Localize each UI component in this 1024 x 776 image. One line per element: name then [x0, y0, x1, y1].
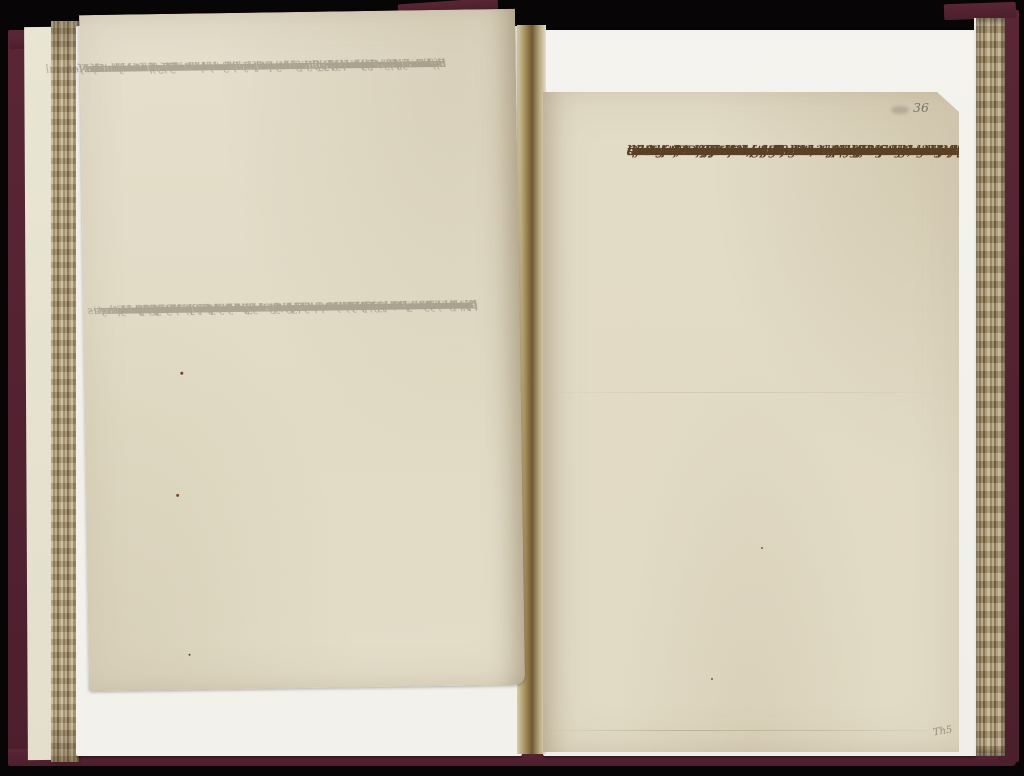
foxing-spot	[180, 372, 183, 375]
fore-edge-page-stack	[974, 18, 1005, 756]
manuscript-line: and most beneficent Author of them.	[627, 142, 880, 162]
spine-page-edges	[51, 21, 79, 762]
manuscript-photo: To have will more Considerations about t…	[0, 0, 1024, 776]
page-number: 36	[913, 100, 929, 115]
left-manuscript-page: To have will more Considerations about t…	[79, 9, 525, 691]
right-manuscript-page: 36 The Particulars that make up the foll…	[543, 92, 959, 752]
corner-mark: Th5	[932, 724, 953, 738]
bleedthrough-line: pertinent to the Subject and conducive t…	[116, 297, 477, 318]
ink-smudge	[891, 106, 909, 114]
bleedthrough-text-block-1: To have will more Considerations about t…	[88, 56, 446, 61]
bleedthrough-line: has constantly display'd in the Fabric &…	[84, 56, 446, 77]
bleedthrough-text-block-2: As these and the like Considerations ind…	[85, 297, 477, 303]
paper-crease	[543, 392, 959, 393]
paper-speck	[761, 547, 763, 549]
paper-speck	[711, 678, 713, 680]
paper-speck	[188, 654, 190, 656]
foxing-spot	[176, 494, 179, 497]
paper-crease	[543, 730, 959, 731]
